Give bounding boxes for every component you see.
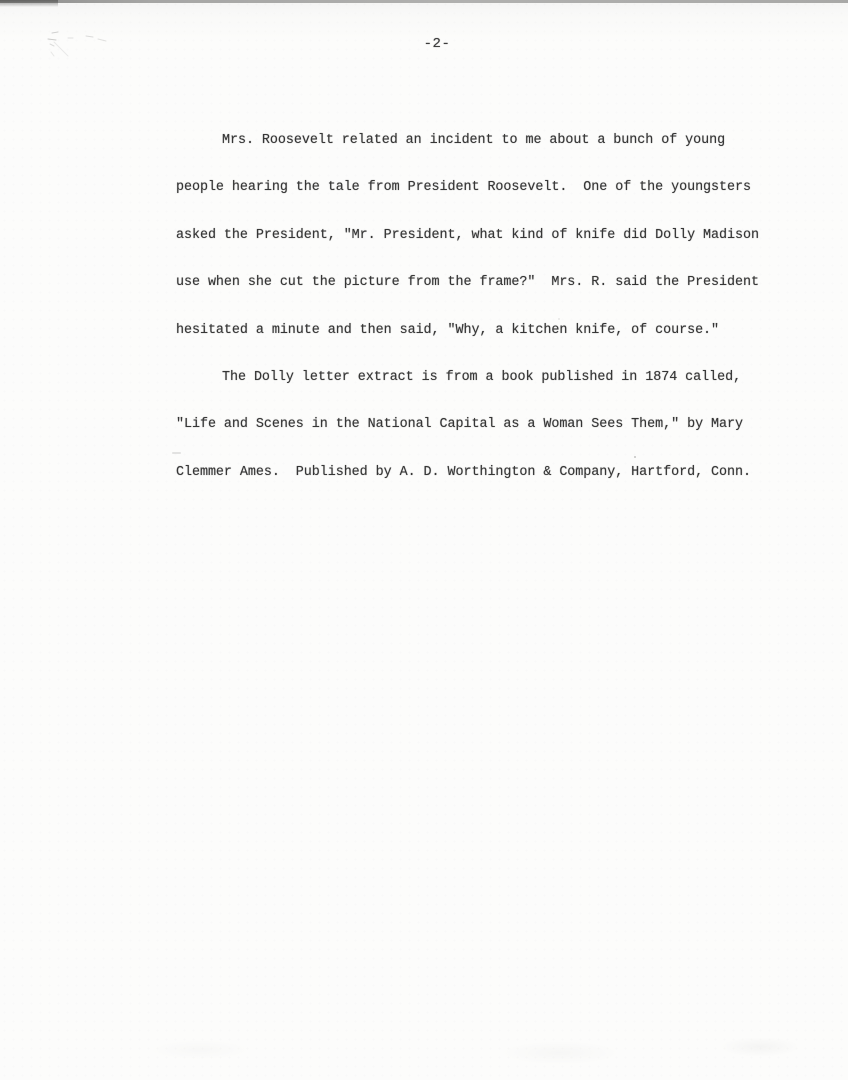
scan-corner-artifact — [0, 0, 58, 7]
text-line: Clemmer Ames. Published by A. D. Worthin… — [176, 449, 776, 496]
pencil-scribble-marks — [38, 22, 128, 67]
text-line: people hearing the tale from President R… — [176, 164, 776, 211]
paragraph-1: Mrs. Roosevelt related an incident to me… — [176, 117, 776, 354]
scan-speck — [558, 318, 560, 320]
text-line: The Dolly letter extract is from a book … — [176, 354, 776, 401]
text-line: use when she cut the picture from the fr… — [176, 259, 776, 306]
scan-speck — [172, 452, 181, 454]
text-line: asked the President, "Mr. President, wha… — [176, 212, 776, 259]
text-line: "Life and Scenes in the National Capital… — [176, 401, 776, 448]
text-line: hesitated a minute and then said, "Why, … — [176, 307, 776, 354]
scan-mottle-artifact — [0, 1025, 848, 1080]
scan-edge-artifact — [0, 0, 848, 3]
page-number: -2- — [424, 36, 451, 52]
typewritten-text-block: Mrs. Roosevelt related an incident to me… — [176, 117, 776, 496]
paragraph-2: The Dolly letter extract is from a book … — [176, 354, 776, 496]
scan-speck — [634, 456, 636, 458]
text-line: Mrs. Roosevelt related an incident to me… — [176, 117, 776, 164]
